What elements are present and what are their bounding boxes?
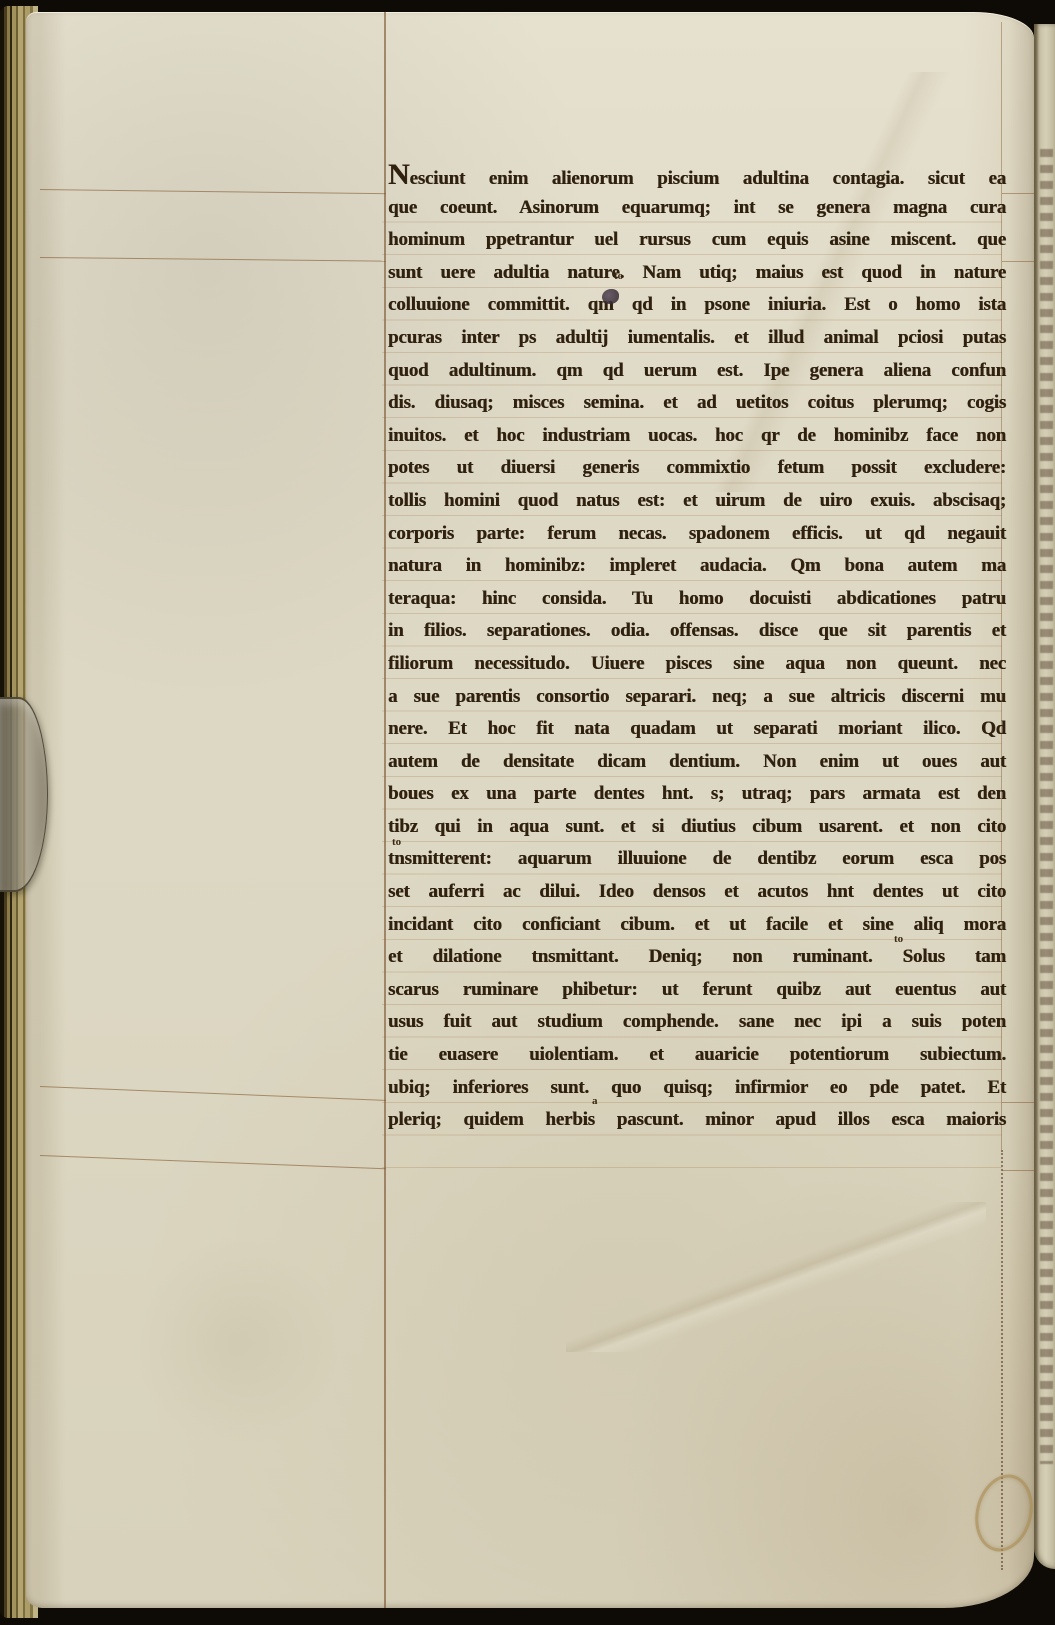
text-line: tie euasere uiolentiam. et auaricie pote…	[388, 1039, 1006, 1072]
ink-blot	[602, 289, 619, 304]
text-line: scarus ruminare phibetur: ut ferunt quib…	[388, 974, 1006, 1007]
facing-page-sliver	[1034, 24, 1055, 1569]
parchment-stain	[86, 1192, 386, 1492]
text-line: incidant cito conficiant cibum. et ut fa…	[388, 909, 1006, 942]
text-line: natura in hominibz: impleret audacia. Qm…	[388, 550, 1006, 583]
text-line: set auferri ac dilui. Ideo densos et acu…	[388, 876, 1006, 909]
ruling-horizontal-margin	[40, 189, 386, 194]
text-line: nere. Et hoc fit nata quadam ut separati…	[388, 713, 1006, 746]
text-line: colluuione committit. qm qd in psone ini…	[388, 289, 1006, 322]
text-line: sunt uere adultia nature. Nam utiq; maiu…	[388, 257, 1006, 290]
text-line: inuitos. et hoc industriam uocas. hoc qr…	[388, 420, 1006, 453]
manuscript-photo: Nesciunt enim alienorum piscium adultina…	[0, 0, 1055, 1625]
superscript-abbreviation-mark: to	[614, 270, 623, 282]
text-line: usus fuit aut studium comphende. sane ne…	[388, 1006, 1006, 1039]
text-line: tollis homini quod natus est: et uirum d…	[388, 485, 1006, 518]
ruling-horizontal-right	[1002, 1102, 1034, 1103]
text-block: Nesciunt enim alienorum piscium adultina…	[388, 159, 1006, 1137]
ruling-horizontal-margin	[40, 257, 386, 262]
text-line: teraqua: hinc consida. Tu homo docuisti …	[388, 583, 1006, 616]
text-line: corporis parte: ferum necas. spadonem ef…	[388, 518, 1006, 551]
facing-page-text-edge	[1040, 144, 1053, 1464]
text-line: quod adultinum. qm qd uerum est. Ipe gen…	[388, 355, 1006, 388]
text-line: in filios. separationes. odia. offensas.…	[388, 615, 1006, 648]
text-line: que coeunt. Asinorum equarumq; int se ge…	[388, 192, 1006, 225]
text-line: tnsmitterent: aquarum illuuione de denti…	[388, 843, 1006, 876]
superscript-abbreviation-mark: to	[894, 933, 903, 945]
ruling-horizontal-margin	[40, 1155, 386, 1169]
manuscript-page: Nesciunt enim alienorum piscium adultina…	[26, 12, 1034, 1608]
text-line: hominum ppetrantur uel rursus cum equis …	[388, 224, 1006, 257]
text-line: tibz qui in aqua sunt. et si diutius cib…	[388, 811, 1006, 844]
text-line: a sue parentis consortio separari. neq; …	[388, 681, 1006, 714]
ruling-horizontal-right	[1002, 261, 1034, 262]
text-line: ubiq; inferiores sunt. quo quisq; infirm…	[388, 1072, 1006, 1105]
text-line: boues ex una parte dentes hnt. s; utraq;…	[388, 778, 1006, 811]
text-line: filiorum necessitudo. Uiuere pisces sine…	[388, 648, 1006, 681]
text-line: autem de densitate dicam dentium. Non en…	[388, 746, 1006, 779]
text-line: Nesciunt enim alienorum piscium adultina…	[388, 159, 1006, 192]
ruling-horizontal-right	[1002, 1170, 1034, 1171]
text-line: pleriq; quidem herbis pascunt. minor apu…	[388, 1104, 1006, 1137]
ruling-horizontal-margin	[40, 1086, 386, 1101]
parchment-crease	[566, 1202, 986, 1352]
text-line: potes ut diuersi generis commixtio fetum…	[388, 452, 1006, 485]
text-line: et dilatione tnsmittant. Deniq; non rumi…	[388, 941, 1006, 974]
text-line: dis. diusaq; misces semina. et ad uetito…	[388, 387, 1006, 420]
superscript-abbreviation-mark: to	[392, 836, 401, 848]
text-line: pcuras inter ps adultij iumentalis. et i…	[388, 322, 1006, 355]
superscript-abbreviation-mark: a	[592, 1095, 598, 1107]
ruling-horizontal-right	[1002, 193, 1034, 194]
embossed-circle-mark	[967, 1468, 1040, 1557]
